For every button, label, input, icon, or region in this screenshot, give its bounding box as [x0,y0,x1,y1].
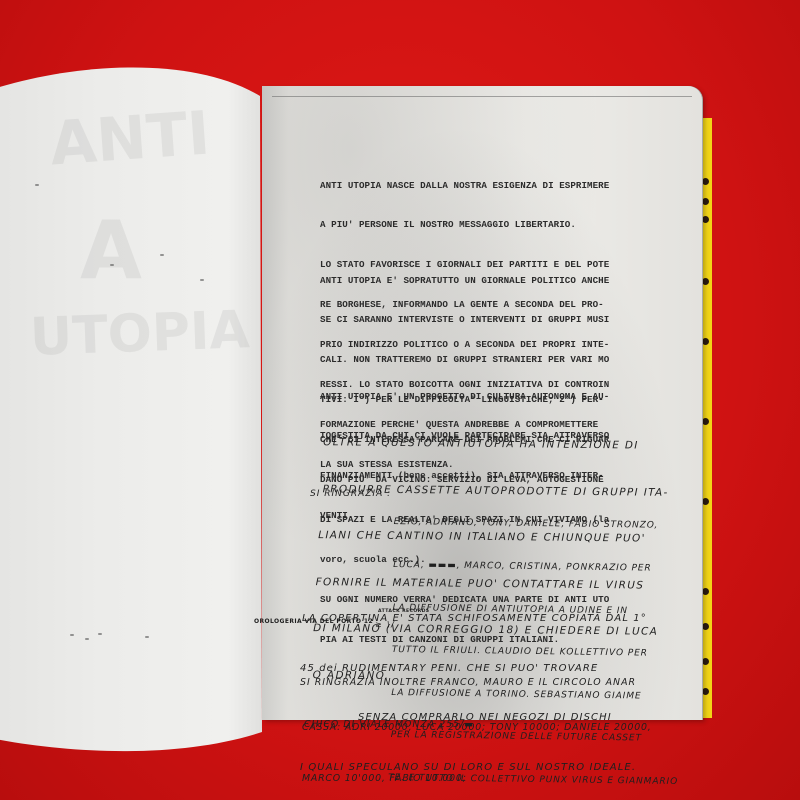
ink-spot [702,278,709,285]
insert-caret-mark: ≥ \/ [375,620,395,629]
speck [70,634,74,636]
ink-spot [702,338,709,345]
margin-insert-note: ATTACK RECORDS [378,609,430,614]
page-top-rule [272,96,692,97]
zine-left-page: ANTI A UTOPIA [0,54,270,754]
text-line: SE CI SARANNO INTERVISTE O INTERVENTI DI… [320,313,690,326]
handwritten-line: OLTRE A QUESTO ANTIUTOPIA HA INTENZIONE … [323,435,669,454]
ghost-title: ANTI [48,99,212,180]
speck [160,254,164,256]
text-line: ANTI UTOPIA NASCE DALLA NOSTRA ESIGENZA … [320,179,690,192]
thanks-label: SI RINGRAZIA : [310,489,391,499]
handwritten-cash-list: CASSA: ADRI 20000, LUCA 20000; TONY 1000… [302,685,652,800]
ghost-anarchy-symbol: A [80,204,142,297]
text-line: ANTI UTOPIA E' SOPRATUTTO UN GIORNALE PO… [320,274,690,287]
speck [85,638,89,640]
speck [110,264,114,266]
speck [200,279,204,281]
ink-spot [702,688,709,695]
speck [145,636,149,638]
text-line: ANTI UTOPIA E' UN PROGETTO DI CULTURA AU… [320,390,690,403]
speck [35,184,39,186]
handwritten-line: MARCO 10'000, FABIO 10.000; [302,770,652,787]
ghost-subtitle: UTOPIA [29,300,251,368]
ink-spot [702,418,709,425]
margin-address-note: OROLOGERIA VIA DEL PORTO 12 [254,618,373,625]
ink-spot [702,658,709,665]
ink-spot [702,623,709,630]
ink-spot [702,216,709,223]
speck [98,633,102,635]
text-line: A PIU' PERSONE IL NOSTRO MESSAGGIO LIBER… [320,218,690,231]
ink-spot [702,198,709,205]
handwritten-line: CASSA: ADRI 20000, LUCA 20000; TONY 1000… [302,719,652,736]
handwritten-line: EZIO, ADRIANO, TONY, DANIELE, FABIO STRO… [394,515,682,533]
ink-spot [702,178,709,185]
ink-spot [702,498,709,505]
ink-spot [702,588,709,595]
handwritten-line: LUCA, ▬▬▬, MARCO, CRISTINA, PONKRAZIO PE… [393,558,681,576]
